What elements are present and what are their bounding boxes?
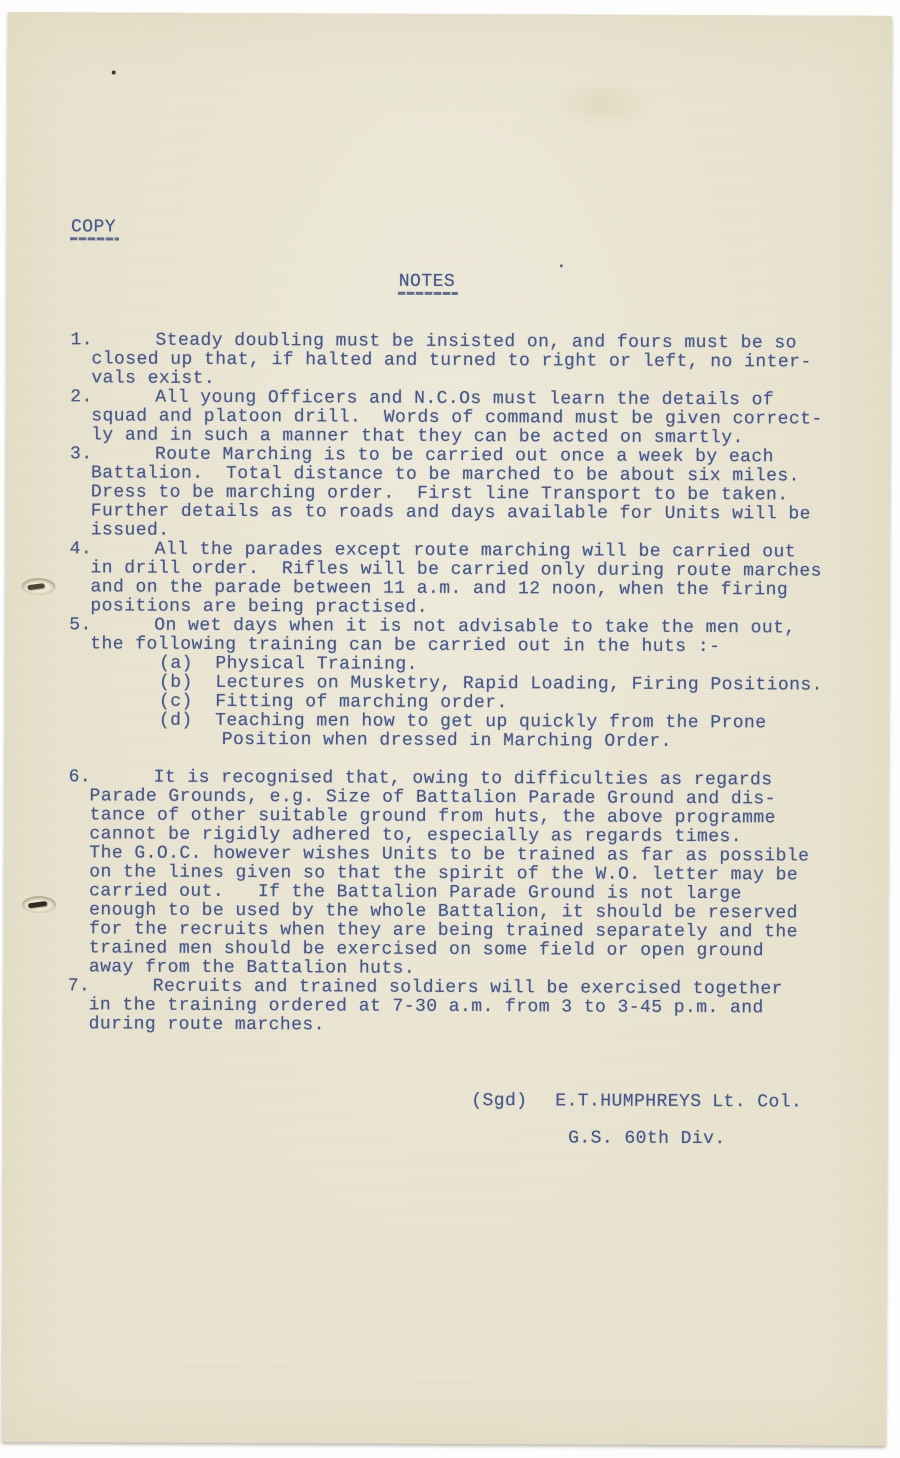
paper-speck bbox=[560, 264, 563, 267]
note-item-2: 2.All young Officers and N.C.Os must lea… bbox=[6, 388, 890, 449]
paper-speck bbox=[112, 70, 116, 74]
note-line: during route marches. bbox=[89, 1015, 888, 1037]
note-item-6: 6.It is recognised that, owing to diffic… bbox=[4, 768, 889, 981]
signature-sgd-label: (Sgd) bbox=[471, 1092, 527, 1111]
item-number: 5. bbox=[69, 616, 92, 635]
punch-hole-top bbox=[21, 578, 55, 595]
notes-list: 1.Steady doubling must be insisted on, a… bbox=[4, 331, 891, 1038]
signature-line: (Sgd) E.T.HUMPHREYS Lt. Col. bbox=[3, 1090, 887, 1113]
note-item-3: 3.Route Marching is to be carried out on… bbox=[6, 445, 890, 544]
signature-rank: Lt. Col. bbox=[712, 1093, 802, 1112]
page-title: NOTES bbox=[399, 273, 455, 292]
signature-block: (Sgd) E.T.HUMPHREYS Lt. Col. G.S. 60th D… bbox=[3, 1090, 887, 1164]
item-number: 1. bbox=[71, 331, 94, 350]
note-item-5: 5.On wet days when it is not advisable t… bbox=[5, 616, 890, 753]
copy-label: COPY bbox=[71, 218, 116, 237]
paper-smudge bbox=[547, 76, 657, 131]
item-number: 6. bbox=[69, 768, 92, 787]
scanned-document: { "colors":{ "ink":"#45578d", "paper":"#… bbox=[0, 0, 900, 1458]
item-number: 4. bbox=[70, 540, 93, 559]
note-item-7: 7.Recruits and trained soldiers will be … bbox=[4, 977, 888, 1038]
item-number: 3. bbox=[70, 445, 93, 464]
item-number: 7. bbox=[68, 977, 91, 996]
signature-unit: G.S. 60th Div. bbox=[568, 1129, 726, 1149]
note-line: Position when dressed in Marching Order. bbox=[222, 731, 889, 753]
note-item-4: 4.All the parades except route marching … bbox=[5, 540, 889, 620]
punch-hole-bottom bbox=[22, 896, 56, 913]
signature-name: E.T.HUMPHREYS bbox=[555, 1092, 701, 1112]
item-number: 2. bbox=[70, 388, 93, 407]
note-item-1: 1.Steady doubling must be insisted on, a… bbox=[6, 331, 890, 392]
document-paper: COPY NOTES 1.Steady doubling must be ins… bbox=[2, 12, 892, 1446]
